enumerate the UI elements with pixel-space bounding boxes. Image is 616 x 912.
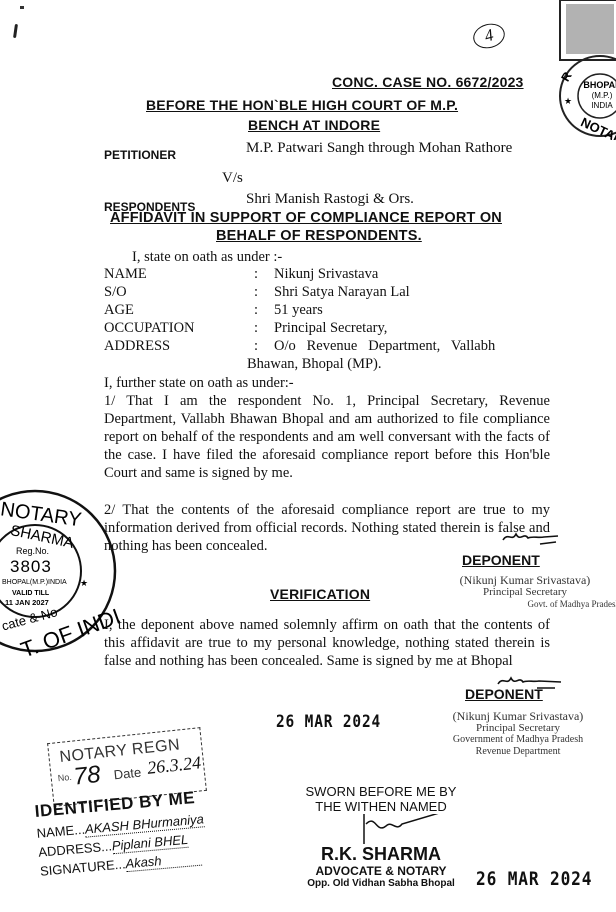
- detail-row-father: S/O:Shri Satya Narayan Lal: [104, 283, 554, 301]
- detail-row-age: AGE:51 years: [104, 301, 554, 319]
- notary-title: ADVOCATE & NOTARY: [296, 864, 466, 878]
- svg-text:BHOPAL: BHOPAL: [583, 80, 616, 90]
- court-name: BEFORE THE HON`BLE HIGH COURT OF M.P.: [146, 97, 458, 113]
- date-stamp-2: 26 MAR 2024: [476, 868, 592, 890]
- detail-row-address-cont: Bhawan, Bhopal (MP).: [104, 355, 554, 373]
- verification-text: I, the deponent above named solemnly aff…: [104, 616, 550, 670]
- verification-heading: VERIFICATION: [270, 586, 370, 602]
- case-number: CONC. CASE NO. 6672/2023: [332, 74, 524, 90]
- deponent-label-2: DEPONENT: [465, 686, 543, 702]
- notary-seal-left: NOTARY SHARMA Reg.No. 3803 BHOPAL(M.P.)I…: [0, 486, 120, 656]
- deponent-label-1: DEPONENT: [462, 552, 540, 568]
- detail-row-occupation: OCCUPATION:Principal Secretary,: [104, 319, 554, 337]
- deponent-details: NAME:Nikunj Srivastava S/O:Shri Satya Na…: [104, 265, 554, 373]
- affidavit-title-line2: BEHALF OF RESPONDENTS.: [216, 228, 422, 244]
- svg-text:BHOPAL(M.P.)INDIA: BHOPAL(M.P.)INDIA: [2, 579, 67, 586]
- paragraph-1: 1/ That I am the respondent No. 1, Princ…: [104, 392, 550, 482]
- notary-regn-number: 78: [72, 761, 101, 792]
- officer-stamp-1: (Nikunj Kumar Srivastava) Principal Secr…: [430, 574, 616, 610]
- detail-row-address: ADDRESS:O/o Revenue Department, Vallabh: [104, 337, 554, 355]
- date-stamp-1: 26 MAR 2024: [276, 712, 381, 732]
- court-bench: BENCH AT INDORE: [248, 117, 380, 133]
- stray-mark: [13, 24, 18, 38]
- svg-text:★: ★: [80, 578, 88, 588]
- svg-text:R: R: [558, 69, 575, 84]
- versus: V/s: [222, 170, 243, 187]
- petitioner-value: M.P. Patwari Sangh through Mohan Rathore: [246, 140, 512, 157]
- detail-row-name: NAME:Nikunj Srivastava: [104, 265, 554, 283]
- svg-text:★: ★: [564, 96, 572, 106]
- svg-text:Reg.No.: Reg.No.: [16, 546, 49, 556]
- notary-name: R.K. SHARMA: [296, 844, 466, 864]
- notary-address: Opp. Old Vidhan Sabha Bhopal: [296, 878, 466, 889]
- respondents-value: Shri Manish Rastogi & Ors.: [246, 191, 414, 208]
- further-text: I, further state on oath as under:-: [104, 374, 294, 392]
- svg-text:(M.P.): (M.P.): [592, 91, 613, 100]
- notary-seal-right: BHOPAL (M.P.) INDIA NOTARY ★ R: [540, 0, 616, 140]
- identified-block: IDENTIFIED BY ME NAME...AKASH BHurmaniya…: [34, 787, 208, 878]
- page-number: 4: [470, 20, 507, 51]
- affidavit-title-line1: AFFIDAVIT IN SUPPORT OF COMPLIANCE REPOR…: [110, 210, 502, 226]
- petitioner-label: PETITIONER: [104, 148, 176, 162]
- notary-signature: [296, 814, 466, 844]
- deponent-signature-1: [500, 528, 560, 553]
- svg-text:3803: 3803: [10, 557, 52, 576]
- stray-mark: [20, 6, 24, 9]
- intro-text: I, state on oath as under :-: [132, 248, 282, 266]
- svg-text:VALID TILL: VALID TILL: [12, 590, 50, 597]
- svg-text:INDIA: INDIA: [591, 101, 613, 110]
- sworn-block: SWORN BEFORE ME BY THE WITHEN NAMED R.K.…: [296, 784, 466, 889]
- paragraph-2: 2/ That the contents of the aforesaid co…: [104, 501, 550, 555]
- notary-regn-date: 26.3.24: [146, 752, 202, 779]
- svg-text:11 JAN 2027: 11 JAN 2027: [5, 598, 49, 607]
- officer-stamp-2: (Nikunj Kumar Srivastava) Principal Secr…: [428, 710, 608, 758]
